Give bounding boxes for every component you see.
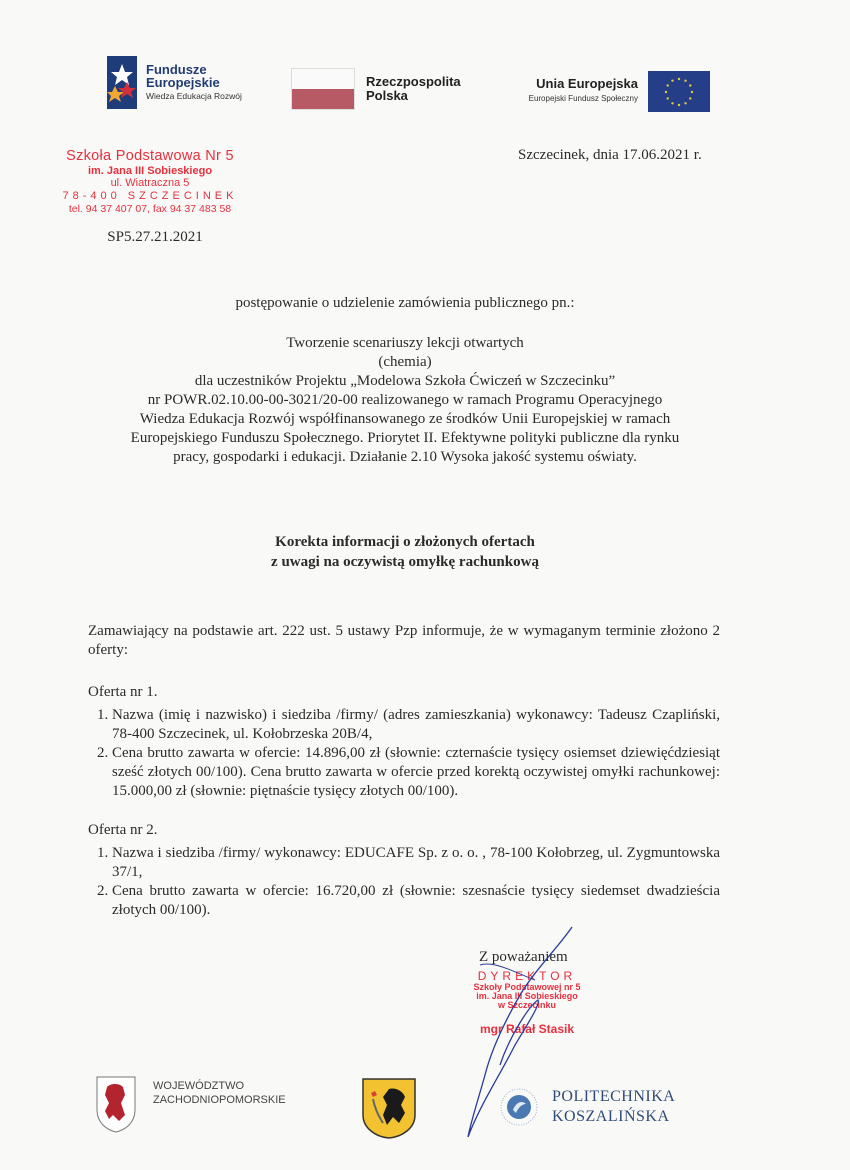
- date-line: Szczecinek, dnia 17.06.2021 r.: [518, 147, 702, 164]
- project-line: Wiedza Edukacja Rozwój współfinansowaneg…: [80, 410, 730, 429]
- voivodeship-line1: WOJEWÓDZTWO: [153, 1080, 286, 1094]
- university-line1: POLITECHNIKA: [552, 1087, 675, 1107]
- heading-line1: Korekta informacji o złożonych ofertach: [80, 532, 730, 552]
- school-street: ul. Wiatraczna 5: [40, 177, 260, 190]
- signoff-text: Z poważaniem: [479, 949, 568, 966]
- offer-2: Oferta nr 2. Nazwa i siedziba /firmy/ wy…: [88, 821, 720, 920]
- heading-line2: z uwagi na oczywistą omyłkę rachunkową: [80, 552, 730, 572]
- fundusze-europejskie-label: Fundusze Europejskie Wiedza Edukacja Roz…: [146, 63, 242, 101]
- project-subject: (chemia): [80, 353, 730, 372]
- county-coat-of-arms-icon: [361, 1077, 417, 1139]
- offer-item: Nazwa (imię i nazwisko) i siedziba /firm…: [112, 706, 720, 744]
- document-heading: Korekta informacji o złożonych ofertach …: [80, 532, 730, 572]
- fe-line3: Wiedza Edukacja Rozwój: [146, 92, 242, 101]
- school-stamp: Szkoła Podstawowa Nr 5 im. Jana III Sobi…: [40, 148, 260, 215]
- stamp-line: w Szczecinku: [462, 1001, 592, 1010]
- stamp-title: DYREKTOR: [462, 970, 592, 983]
- director-stamp: DYREKTOR Szkoły Podstawowej nr 5 im. Jan…: [462, 970, 592, 1036]
- voivodeship-line2: ZACHODNIOPOMORSKIE: [153, 1094, 286, 1108]
- project-title: Tworzenie scenariuszy lekcji otwartych: [80, 334, 730, 353]
- unia-europejska-label: Unia Europejska Europejski Fundusz Społe…: [508, 76, 638, 103]
- rp-line1: Rzeczpospolita: [366, 75, 461, 89]
- ue-line2: Europejski Fundusz Społeczny: [508, 94, 638, 103]
- school-patron: im. Jana III Sobieskiego: [40, 165, 260, 178]
- project-description: Tworzenie scenariuszy lekcji otwartych (…: [80, 334, 730, 467]
- zachodniopomorskie-coat-of-arms-icon: [95, 1075, 137, 1133]
- rp-line2: Polska: [366, 89, 461, 103]
- offer-item: Cena brutto zawarta w ofercie: 14.896,00…: [112, 744, 720, 801]
- eu-flag-icon: [648, 71, 710, 112]
- fe-line2: Europejskie: [146, 76, 242, 89]
- school-phone: tel. 94 37 407 07, fax 94 37 483 58: [40, 203, 260, 215]
- voivodeship-label: WOJEWÓDZTWO ZACHODNIOPOMORSKIE: [153, 1080, 286, 1108]
- project-line: nr POWR.02.10.00-00-3021/20-00 realizowa…: [80, 391, 730, 410]
- project-line: Europejskiego Funduszu Społecznego. Prio…: [80, 429, 730, 448]
- offer-1: Oferta nr 1. Nazwa (imię i nazwisko) i s…: [88, 683, 720, 801]
- university-label: POLITECHNIKA KOSZALIŃSKA: [552, 1087, 675, 1127]
- project-line: dla uczestników Projektu „Modelowa Szkoł…: [80, 372, 730, 391]
- rzeczpospolita-polska-label: Rzeczpospolita Polska: [366, 75, 461, 102]
- ue-line1: Unia Europejska: [508, 76, 638, 91]
- fundusze-europejskie-logo-icon: [107, 56, 137, 109]
- intro-text: postępowanie o udzielenie zamówienia pub…: [80, 294, 730, 313]
- offer-item: Cena brutto zawarta w ofercie: 16.720,00…: [112, 882, 720, 920]
- info-paragraph: Zamawiający na podstawie art. 222 ust. 5…: [88, 622, 720, 660]
- school-city: 78-400 SZCZECINEK: [40, 190, 260, 203]
- offer-title: Oferta nr 2.: [88, 821, 720, 840]
- university-line2: KOSZALIŃSKA: [552, 1107, 675, 1127]
- project-line: pracy, gospodarki i edukacji. Działanie …: [80, 448, 730, 467]
- polish-flag-icon: [291, 68, 355, 110]
- politechnika-koszalinska-logo-icon: [500, 1088, 538, 1126]
- director-name: mgr Rafał Stasik: [462, 1023, 592, 1036]
- offer-item: Nazwa i siedziba /firmy/ wykonawcy: EDUC…: [112, 844, 720, 882]
- offer-title: Oferta nr 1.: [88, 683, 720, 702]
- reference-number: SP5.27.21.2021: [40, 229, 270, 246]
- school-name: Szkoła Podstawowa Nr 5: [40, 148, 260, 165]
